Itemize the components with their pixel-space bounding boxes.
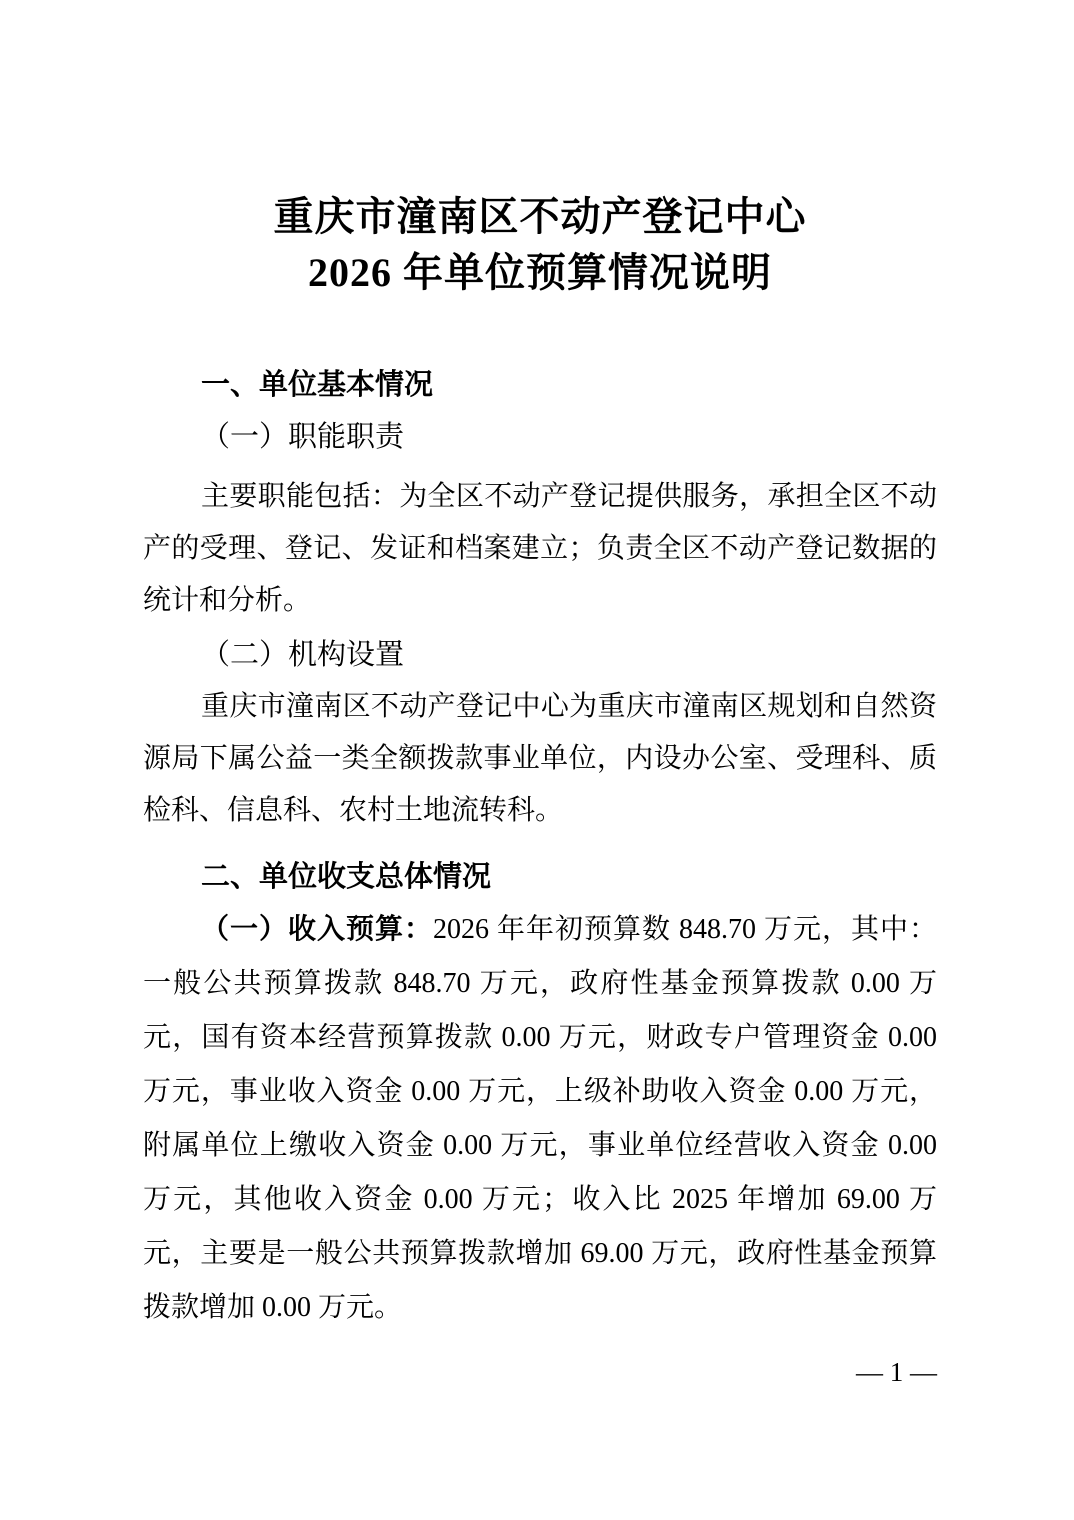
document-page: 重庆市潼南区不动产登记中心 2026 年单位预算情况说明 一、单位基本情况 （一… [0,0,1074,1520]
paragraph-duties: 主要职能包括：为全区不动产登记提供服务，承担全区不动产的受理、登记、发证和档案建… [143,471,937,627]
section-heading-basic-info: 一、单位基本情况 [143,359,937,411]
section-heading-budget-overview: 二、单位收支总体情况 [143,851,937,903]
paragraph-income-budget: （一）收入预算：2026 年年初预算数 848.70 万元，其中：一般公共预算拨… [143,903,937,1335]
document-title-line-1: 重庆市潼南区不动产登记中心 [143,189,937,245]
income-budget-text: 2026 年年初预算数 848.70 万元，其中：一般公共预算拨款 848.70… [143,914,937,1323]
subsection-heading-duties: （一）职能职责 [143,411,937,463]
document-title-line-2: 2026 年单位预算情况说明 [143,245,937,301]
income-budget-lead: （一）收入预算： [201,914,433,945]
paragraph-organization: 重庆市潼南区不动产登记中心为重庆市潼南区规划和自然资源局下属公益一类全额拨款事业… [143,681,937,837]
page-number: — 1 — [856,1356,937,1388]
document-title: 重庆市潼南区不动产登记中心 2026 年单位预算情况说明 [143,189,937,301]
subsection-heading-organization: （二）机构设置 [143,629,937,681]
document-body: 重庆市潼南区不动产登记中心 2026 年单位预算情况说明 一、单位基本情况 （一… [143,0,937,1335]
